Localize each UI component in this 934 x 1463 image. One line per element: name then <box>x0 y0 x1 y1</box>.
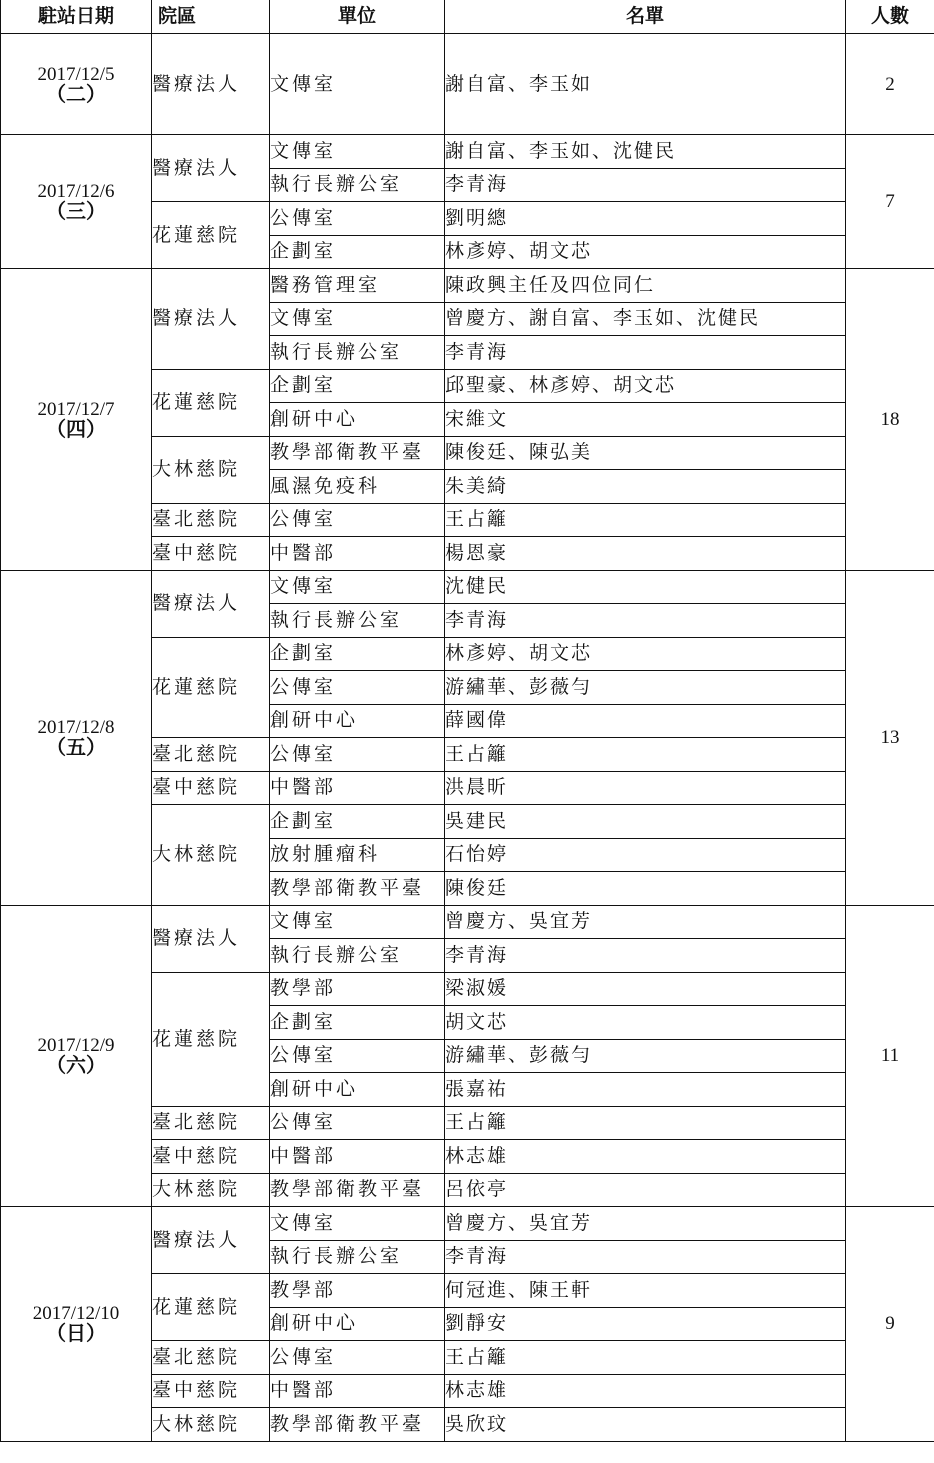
unit-cell: 公傳室 <box>270 738 445 772</box>
table-row: 2017/12/8（五）醫療法人文傳室沈健民13 <box>1 570 934 604</box>
unit-cell: 教學部衛教平臺 <box>270 1173 445 1207</box>
count-cell: 11 <box>846 905 934 1207</box>
names-cell: 李青海 <box>445 1240 846 1274</box>
unit-cell: 企劃室 <box>270 235 445 269</box>
names-cell: 李青海 <box>445 939 846 973</box>
unit-cell: 創研中心 <box>270 403 445 437</box>
count-cell: 18 <box>846 269 934 571</box>
unit-cell: 教學部衛教平臺 <box>270 1408 445 1442</box>
campus-cell: 花蓮慈院 <box>152 202 270 269</box>
names-cell: 胡文芯 <box>445 1006 846 1040</box>
campus-cell: 醫療法人 <box>152 570 270 637</box>
names-cell: 曾慶方、吳宜芳 <box>445 905 846 939</box>
unit-cell: 中醫部 <box>270 1374 445 1408</box>
unit-cell: 教學部 <box>270 1274 445 1308</box>
names-cell: 曾慶方、吳宜芳 <box>445 1207 846 1241</box>
names-cell: 游繡華、彭薇勻 <box>445 1039 846 1073</box>
unit-cell: 中醫部 <box>270 771 445 805</box>
campus-cell: 大林慈院 <box>152 805 270 906</box>
count-cell: 2 <box>846 34 934 135</box>
names-cell: 沈健民 <box>445 570 846 604</box>
names-cell: 陳俊廷 <box>445 872 846 906</box>
campus-cell: 臺中慈院 <box>152 1374 270 1408</box>
names-cell: 王占籬 <box>445 1341 846 1375</box>
weekday-text: （四） <box>1 419 151 439</box>
unit-cell: 公傳室 <box>270 1341 445 1375</box>
unit-cell: 教學部 <box>270 972 445 1006</box>
campus-cell: 醫療法人 <box>152 1207 270 1274</box>
names-cell: 梁淑媛 <box>445 972 846 1006</box>
names-cell: 林志雄 <box>445 1140 846 1174</box>
campus-cell: 花蓮慈院 <box>152 637 270 738</box>
weekday-text: （三） <box>1 201 151 221</box>
campus-cell: 花蓮慈院 <box>152 369 270 436</box>
count-cell: 9 <box>846 1207 934 1442</box>
names-cell: 張嘉祐 <box>445 1073 846 1107</box>
date-cell: 2017/12/8（五） <box>1 570 152 905</box>
names-cell: 邱聖豪、林彥婷、胡文芯 <box>445 369 846 403</box>
names-cell: 林彥婷、胡文芯 <box>445 637 846 671</box>
unit-cell: 公傳室 <box>270 671 445 705</box>
names-cell: 王占籬 <box>445 503 846 537</box>
unit-cell: 執行長辦公室 <box>270 1240 445 1274</box>
names-cell: 謝自富、李玉如 <box>445 34 846 135</box>
unit-cell: 文傳室 <box>270 135 445 169</box>
table-row: 2017/12/6（三）醫療法人文傳室謝自富、李玉如、沈健民7 <box>1 135 934 169</box>
table-row: 2017/12/5（二）醫療法人文傳室謝自富、李玉如2 <box>1 34 934 135</box>
campus-cell: 大林慈院 <box>152 1173 270 1207</box>
names-cell: 林彥婷、胡文芯 <box>445 235 846 269</box>
schedule-table: 駐站日期 院區 單位 名單 人數 2017/12/5（二）醫療法人文傳室謝自富、… <box>0 0 934 1442</box>
date-cell: 2017/12/10（日） <box>1 1207 152 1442</box>
count-cell: 7 <box>846 135 934 269</box>
names-cell: 石怡婷 <box>445 838 846 872</box>
names-cell: 李青海 <box>445 604 846 638</box>
names-cell: 薛國偉 <box>445 704 846 738</box>
campus-cell: 臺中慈院 <box>152 537 270 571</box>
names-cell: 宋維文 <box>445 403 846 437</box>
unit-cell: 放射腫瘤科 <box>270 838 445 872</box>
campus-cell: 臺北慈院 <box>152 1106 270 1140</box>
unit-cell: 創研中心 <box>270 704 445 738</box>
names-cell: 呂依亭 <box>445 1173 846 1207</box>
campus-cell: 臺北慈院 <box>152 1341 270 1375</box>
table-row: 2017/12/7（四）醫療法人醫務管理室陳政興主任及四位同仁18 <box>1 269 934 303</box>
header-count: 人數 <box>846 0 934 34</box>
campus-cell: 醫療法人 <box>152 905 270 972</box>
weekday-text: （六） <box>1 1055 151 1075</box>
unit-cell: 教學部衛教平臺 <box>270 872 445 906</box>
count-cell: 13 <box>846 570 934 905</box>
unit-cell: 公傳室 <box>270 1039 445 1073</box>
campus-cell: 大林慈院 <box>152 1408 270 1442</box>
unit-cell: 執行長辦公室 <box>270 168 445 202</box>
date-cell: 2017/12/6（三） <box>1 135 152 269</box>
unit-cell: 文傳室 <box>270 905 445 939</box>
names-cell: 謝自富、李玉如、沈健民 <box>445 135 846 169</box>
names-cell: 楊恩豪 <box>445 537 846 571</box>
unit-cell: 文傳室 <box>270 302 445 336</box>
unit-cell: 執行長辦公室 <box>270 939 445 973</box>
campus-cell: 醫療法人 <box>152 269 270 370</box>
unit-cell: 公傳室 <box>270 202 445 236</box>
date-cell: 2017/12/5（二） <box>1 34 152 135</box>
names-cell: 李青海 <box>445 168 846 202</box>
names-cell: 朱美綺 <box>445 470 846 504</box>
campus-cell: 花蓮慈院 <box>152 1274 270 1341</box>
campus-cell: 大林慈院 <box>152 436 270 503</box>
names-cell: 游繡華、彭薇勻 <box>445 671 846 705</box>
unit-cell: 風濕免疫科 <box>270 470 445 504</box>
header-names: 名單 <box>445 0 846 34</box>
unit-cell: 創研中心 <box>270 1073 445 1107</box>
names-cell: 何冠進、陳王軒 <box>445 1274 846 1308</box>
table-row: 2017/12/10（日）醫療法人文傳室曾慶方、吳宜芳9 <box>1 1207 934 1241</box>
unit-cell: 教學部衛教平臺 <box>270 436 445 470</box>
unit-cell: 文傳室 <box>270 34 445 135</box>
unit-cell: 執行長辦公室 <box>270 604 445 638</box>
header-unit: 單位 <box>270 0 445 34</box>
unit-cell: 企劃室 <box>270 637 445 671</box>
names-cell: 曾慶方、謝自富、李玉如、沈健民 <box>445 302 846 336</box>
campus-cell: 花蓮慈院 <box>152 972 270 1106</box>
names-cell: 吳建民 <box>445 805 846 839</box>
names-cell: 陳政興主任及四位同仁 <box>445 269 846 303</box>
campus-cell: 臺北慈院 <box>152 503 270 537</box>
names-cell: 洪晨昕 <box>445 771 846 805</box>
unit-cell: 中醫部 <box>270 1140 445 1174</box>
unit-cell: 醫務管理室 <box>270 269 445 303</box>
campus-cell: 醫療法人 <box>152 135 270 202</box>
campus-cell: 醫療法人 <box>152 34 270 135</box>
weekday-text: （日） <box>1 1323 151 1343</box>
header-date: 駐站日期 <box>1 0 152 34</box>
names-cell: 王占籬 <box>445 738 846 772</box>
names-cell: 劉靜安 <box>445 1307 846 1341</box>
schedule-body: 2017/12/5（二）醫療法人文傳室謝自富、李玉如22017/12/6（三）醫… <box>1 34 934 1442</box>
unit-cell: 文傳室 <box>270 570 445 604</box>
unit-cell: 企劃室 <box>270 1006 445 1040</box>
unit-cell: 文傳室 <box>270 1207 445 1241</box>
unit-cell: 中醫部 <box>270 537 445 571</box>
names-cell: 劉明總 <box>445 202 846 236</box>
unit-cell: 企劃室 <box>270 369 445 403</box>
unit-cell: 公傳室 <box>270 1106 445 1140</box>
campus-cell: 臺中慈院 <box>152 771 270 805</box>
names-cell: 李青海 <box>445 336 846 370</box>
names-cell: 陳俊廷、陳弘美 <box>445 436 846 470</box>
unit-cell: 創研中心 <box>270 1307 445 1341</box>
date-cell: 2017/12/7（四） <box>1 269 152 571</box>
unit-cell: 企劃室 <box>270 805 445 839</box>
header-campus: 院區 <box>152 0 270 34</box>
unit-cell: 公傳室 <box>270 503 445 537</box>
header-row: 駐站日期 院區 單位 名單 人數 <box>1 0 934 34</box>
campus-cell: 臺北慈院 <box>152 738 270 772</box>
table-row: 2017/12/9（六）醫療法人文傳室曾慶方、吳宜芳11 <box>1 905 934 939</box>
names-cell: 王占籬 <box>445 1106 846 1140</box>
unit-cell: 執行長辦公室 <box>270 336 445 370</box>
names-cell: 林志雄 <box>445 1374 846 1408</box>
weekday-text: （二） <box>1 84 151 104</box>
weekday-text: （五） <box>1 737 151 757</box>
date-cell: 2017/12/9（六） <box>1 905 152 1207</box>
names-cell: 吳欣玟 <box>445 1408 846 1442</box>
campus-cell: 臺中慈院 <box>152 1140 270 1174</box>
